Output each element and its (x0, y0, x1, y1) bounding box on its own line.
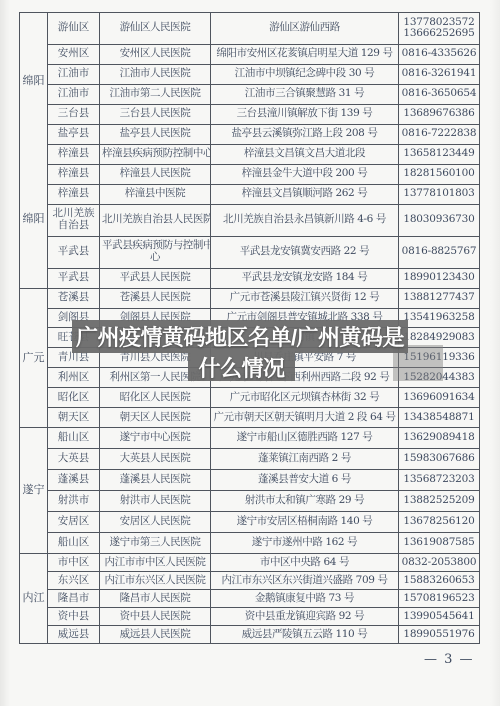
phone-cell: 13881277437 (399, 288, 480, 308)
region-label: 遂宁 (23, 484, 45, 497)
table-row: 内江市中区内江市市中区人民医院市中区中央路 64 号0832-2053800 (20, 554, 480, 572)
county-cell: 北川羌族 自治县 (48, 204, 100, 236)
hospital-cell: 安州区人民医院 (100, 44, 211, 64)
hospital-cell: 内江市东兴区人民医院 (100, 572, 211, 590)
county-cell: 大英县 (48, 449, 100, 470)
county-cell: 船山区 (48, 428, 100, 449)
phone-cell: 13629089418 (399, 428, 480, 449)
address-cell: 资中县重龙镇迎宾路 92 号 (211, 608, 399, 626)
county-cell: 游仙区 (48, 13, 100, 45)
table-row: 遂宁船山区遂宁市中心医院遂宁市船山区德胜西路 127 号13629089418 (20, 428, 480, 449)
address-cell: 遂宁市遂州中路 162 号 (211, 533, 399, 554)
watermark-line-1: 广州疫情黄码地区名单/广州黄码是 (72, 320, 408, 353)
page-number: — 3 — (424, 652, 474, 667)
phone-cell: 18990551976 (399, 626, 480, 644)
watermark-text-1: 广州疫情黄码地区名单/广州黄码是 (76, 321, 404, 352)
county-cell: 安居区 (48, 512, 100, 533)
table-row: 梓潼县梓潼县中医院梓潼县文昌镇顺河路 262 号13778101803 (20, 184, 480, 204)
address-cell: 盐亭县云溪镇弥江路上段 208 号 (211, 124, 399, 144)
phone-cell: 0816-4335626 (399, 44, 480, 64)
region-label: 绵阳 (23, 213, 45, 226)
address-cell: 江油市三合镇聚慧路 31 号 (211, 84, 399, 104)
phone-cell: 13619087585 (399, 533, 480, 554)
phone-cell: 13696091634 (399, 388, 480, 408)
region-label: 广元 (23, 352, 45, 365)
county-cell: 三台县 (48, 104, 100, 124)
address-cell: 游仙区游仙西路 (211, 13, 399, 45)
county-cell: 朝天区 (48, 408, 100, 428)
region-label-wrap: 遂宁 (20, 428, 47, 553)
region-cell: 遂宁 (20, 428, 48, 554)
address-cell: 市中区中央路 64 号 (211, 554, 399, 572)
address-cell: 射洪市太和镇广寒路 29 号 (211, 491, 399, 512)
hospital-cell: 蓬溪县人民医院 (100, 470, 211, 491)
table-row: 平武县平武县人民医院平武县龙安镇龙安路 184 号18990123430 (20, 268, 480, 288)
phone-cell: 13541963258 (399, 308, 480, 328)
county-cell: 梓潼县 (48, 164, 100, 184)
hospital-cell: 平武县人民医院 (100, 268, 211, 288)
table-row: 蓬溪县蓬溪县人民医院蓬溪县普安大道 6 号13568723203 (20, 470, 480, 491)
county-cell: 梓潼县 (48, 184, 100, 204)
region-cell: 内江 (20, 554, 48, 644)
county-cell: 射洪市 (48, 491, 100, 512)
phone-cell: 0816-7222838 (399, 124, 480, 144)
table-row: 朝天区朝天区人民医院广元市朝天区朝天镇明月大道 2 段 64 号13438548… (20, 408, 480, 428)
phone-cell: 13778023572 13666252695 (399, 13, 480, 45)
table-row: 江油市江油市人民医院江油市中坝镇纪念碑中段 30 号0816-3261941 (20, 64, 480, 84)
county-cell: 安州区 (48, 44, 100, 64)
phone-cell: 13678256120 (399, 512, 480, 533)
address-cell: 遂宁市船山区德胜西路 127 号 (211, 428, 399, 449)
phone-cell: 0816-3261941 (399, 64, 480, 84)
hospital-cell: 江油市第二人民医院 (100, 84, 211, 104)
hospital-cell: 梓潼县中医院 (100, 184, 211, 204)
table-row: 船山区遂宁市第三人民医院遂宁市遂州中路 162 号13619087585 (20, 533, 480, 554)
hospital-cell: 射洪市人民医院 (100, 491, 211, 512)
table-row: 安居区安居区人民医院遂宁市安居区梧桐南路 140 号13678256120 (20, 512, 480, 533)
county-cell: 梓潼县 (48, 144, 100, 164)
hospital-cell: 安居区人民医院 (100, 512, 211, 533)
table-row: 盐亭县盐亭县人民医院盐亭县云溪镇弥江路上段 208 号0816-7222838 (20, 124, 480, 144)
table-row: 隆昌市隆昌市人民医院金鹅镇康复中路 73 号15708196523 (20, 590, 480, 608)
hospital-cell: 昭化区人民医院 (100, 388, 211, 408)
phone-cell: 13658123449 (399, 144, 480, 164)
county-cell: 资中县 (48, 608, 100, 626)
watermark-line-2: 什么情况 (188, 353, 295, 381)
county-cell: 苍溪县 (48, 288, 100, 308)
phone-cell: 15708196523 (399, 590, 480, 608)
county-cell: 江油市 (48, 84, 100, 104)
county-cell: 平武县 (48, 268, 100, 288)
table-row: 三台县三台县人民医院三台县潼川镇解放下街 139 号13689676386 (20, 104, 480, 124)
county-cell: 昭化区 (48, 388, 100, 408)
hospital-cell: 梓潼县疾病预防控制中心 (100, 144, 211, 164)
address-cell: 平武县龙安镇冀安西路 22 号 (211, 236, 399, 268)
address-cell: 江油市中坝镇纪念碑中段 30 号 (211, 64, 399, 84)
hospital-cell: 大英县人民医院 (100, 449, 211, 470)
table-row: 梓潼县梓潼县疾病预防控制中心梓潼县文昌镇文昌大道北段13658123449 (20, 144, 480, 164)
hospital-cell: 盐亭县人民医院 (100, 124, 211, 144)
table-row: 昭化区昭化区人民医院广元市昭化区元坝镇杏林街 32 号13696091634 (20, 388, 480, 408)
county-cell: 利州区 (48, 368, 100, 388)
region-label: 内江 (23, 592, 45, 605)
address-cell: 金鹅镇康复中路 73 号 (211, 590, 399, 608)
address-cell: 蓬溪县普安大道 6 号 (211, 470, 399, 491)
region-label-wrap: 广元 (20, 289, 47, 428)
table-row: 绵阳绵阳游仙区游仙区人民医院游仙区游仙西路13778023572 1366625… (20, 13, 480, 45)
phone-cell: 13438548871 (399, 408, 480, 428)
region-label-wrap: 内江 (20, 554, 47, 643)
phone-cell: 15983067686 (399, 449, 480, 470)
phone-cell: 13568723203 (399, 470, 480, 491)
table-row: 江油市江油市第二人民医院江油市三合镇聚慧路 31 号0816-3650654 (20, 84, 480, 104)
address-cell: 梓潼县金牛大道中段 200 号 (211, 164, 399, 184)
hospital-cell: 江油市人民医院 (100, 64, 211, 84)
hospital-cell: 朝天区人民医院 (100, 408, 211, 428)
hospital-cell: 平武县疾病预防与控制中 心 (100, 236, 211, 268)
table-row: 东兴区内江市东兴区人民医院内江市东兴区东兴街道兴盛路 709 号15883260… (20, 572, 480, 590)
phone-cell: 13882525209 (399, 491, 480, 512)
phone-cell: 13778101803 (399, 184, 480, 204)
region-label: 绵阳 (23, 75, 45, 88)
address-cell: 蓬莱镇江南西路 2 号 (211, 449, 399, 470)
table-row: 资中县资中县人民医院资中县重龙镇迎宾路 92 号13990545641 (20, 608, 480, 626)
county-cell: 江油市 (48, 64, 100, 84)
table-row: 北川羌族 自治县北川羌族自治县人民医院北川羌族自治县永昌镇新川路 4-6 号18… (20, 204, 480, 236)
phone-cell: 0832-2053800 (399, 554, 480, 572)
phone-cell: 13689676386 (399, 104, 480, 124)
county-cell: 东兴区 (48, 572, 100, 590)
address-cell: 三台县潼川镇解放下街 139 号 (211, 104, 399, 124)
phone-cell: 13990545641 (399, 608, 480, 626)
phone-cell: 18990123430 (399, 268, 480, 288)
table-row: 射洪市射洪市人民医院射洪市太和镇广寒路 29 号13882525209 (20, 491, 480, 512)
hospital-cell: 威远县人民医院 (100, 626, 211, 644)
phone-cell: 18281560100 (399, 164, 480, 184)
county-cell: 隆昌市 (48, 590, 100, 608)
phone-cell: 18030936730 (399, 204, 480, 236)
document-page: 绵阳绵阳游仙区游仙区人民医院游仙区游仙西路13778023572 1366625… (0, 0, 500, 706)
county-cell: 盐亭县 (48, 124, 100, 144)
address-cell: 平武县龙安镇龙安路 184 号 (211, 268, 399, 288)
region-cell: 绵阳绵阳 (20, 13, 48, 289)
address-cell: 广元市苍溪县陵江镇兴贤街 12 号 (211, 288, 399, 308)
phone-cell: 0816-3650654 (399, 84, 480, 104)
address-cell: 内江市东兴区东兴街道兴盛路 709 号 (211, 572, 399, 590)
address-cell: 梓潼县文昌镇文昌大道北段 (211, 144, 399, 164)
phone-cell: 0816-8825767 (399, 236, 480, 268)
address-cell: 广元市昭化区元坝镇杏林街 32 号 (211, 388, 399, 408)
watermark-text-2: 什么情况 (198, 352, 284, 383)
address-cell: 威远县严陵镇五云路 110 号 (211, 626, 399, 644)
table-row: 梓潼县梓潼县人民医院梓潼县金牛大道中段 200 号18281560100 (20, 164, 480, 184)
region-cell: 广元 (20, 288, 48, 428)
hospital-cell: 资中县人民医院 (100, 608, 211, 626)
county-cell: 威远县 (48, 626, 100, 644)
hospital-cell: 遂宁市第三人民医院 (100, 533, 211, 554)
table-row: 平武县平武县疾病预防与控制中 心平武县龙安镇冀安西路 22 号0816-8825… (20, 236, 480, 268)
hospital-cell: 游仙区人民医院 (100, 13, 211, 45)
address-cell: 广元市朝天区朝天镇明月大道 2 段 64 号 (211, 408, 399, 428)
hospital-cell: 遂宁市中心医院 (100, 428, 211, 449)
table-row: 威远县威远县人民医院威远县严陵镇五云路 110 号18990551976 (20, 626, 480, 644)
phone-cell: 15883260653 (399, 572, 480, 590)
address-cell: 北川羌族自治县永昌镇新川路 4-6 号 (211, 204, 399, 236)
county-cell: 蓬溪县 (48, 470, 100, 491)
address-cell: 绵阳市安州区花荄镇启明星大道 129 号 (211, 44, 399, 64)
hospital-cell: 北川羌族自治县人民医院 (100, 204, 211, 236)
county-cell: 船山区 (48, 533, 100, 554)
table-row: 大英县大英县人民医院蓬莱镇江南西路 2 号15983067686 (20, 449, 480, 470)
county-cell: 市中区 (48, 554, 100, 572)
hospital-cell: 梓潼县人民医院 (100, 164, 211, 184)
county-cell: 平武县 (48, 236, 100, 268)
hospital-cell: 内江市市中区人民医院 (100, 554, 211, 572)
table-row: 广元苍溪县苍溪县人民医院广元市苍溪县陵江镇兴贤街 12 号13881277437 (20, 288, 480, 308)
address-cell: 梓潼县文昌镇顺河路 262 号 (211, 184, 399, 204)
hospital-cell: 隆昌市人民医院 (100, 590, 211, 608)
address-cell: 遂宁市安居区梧桐南路 140 号 (211, 512, 399, 533)
region-label-wrap: 绵阳绵阳 (20, 13, 47, 288)
hospital-cell: 三台县人民医院 (100, 104, 211, 124)
table-row: 安州区安州区人民医院绵阳市安州区花荄镇启明星大道 129 号0816-43356… (20, 44, 480, 64)
hospital-cell: 苍溪县人民医院 (100, 288, 211, 308)
